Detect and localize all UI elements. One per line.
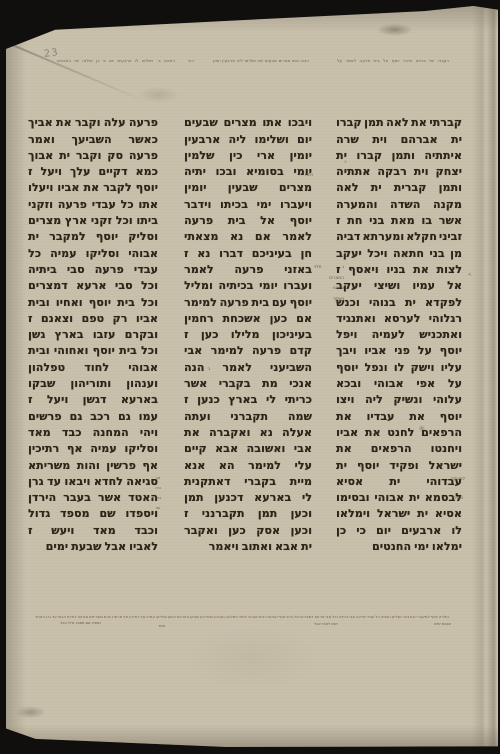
manuscript-text-line: יתאברהםויתשרה [336, 129, 462, 145]
manuscript-text-line: ואתכנישלעמיהויפל [336, 325, 462, 341]
manuscript-text-line: כריתיליבארץכנעןז [184, 390, 312, 406]
manuscript-text-line: חןבעיניכםדברונאז [184, 243, 312, 259]
manuscript-text-line: וסליקועמיהאףרתיכין [28, 439, 158, 455]
manuscript-text-line: וסליקיוסףלמקברית [28, 227, 158, 243]
manuscript-text-line: עליווישקלוונפליוסף [336, 357, 462, 373]
manuscript-text-line: וכבדמאדויעשז [28, 520, 158, 536]
manuscript-text-line: וכלביתיוסףואחוהיובית [28, 341, 158, 357]
manuscript-text-line: מצריםשבעיןיומין [184, 178, 312, 194]
masorah-parva-note: ובסימו [441, 495, 463, 500]
manuscript-text-line: יוסףאתעבדיואת [336, 406, 462, 422]
manuscript-text-line: בעיניכוןמלילוכעןז [184, 325, 312, 341]
manuscript-text-line: ביתווכלזקניארץמצרים [28, 211, 158, 227]
masorah-magna-bottom-fragment: מאד [145, 624, 165, 628]
manuscript-text-line: אבוהיוסליקועמיהכל [28, 243, 158, 259]
manuscript-text-line: פרעהסקוקבריתאבוך [28, 146, 158, 162]
manuscript-text-line: יצחקויתרבקהאתתיה [336, 162, 462, 178]
manuscript-text-line: ויחנטוב׳וימלאולוארבעיםיוםכיכןימלאוימיהחנ… [57, 56, 175, 63]
masorah-parva-note: ב [202, 366, 210, 371]
manuscript-text-line: פרעהעלהוקבראתאביך [28, 113, 158, 129]
manuscript-text-line: יוסףעםביתפרעהלמימר [184, 292, 312, 308]
manuscript-text-line: מקנההשדהוהמערה [336, 194, 462, 210]
photograph-background: { "colors":{ "parchment":"#c8c0ab", "ink… [0, 0, 500, 754]
manuscript-text-line: לוארבעיםיוםכיכן [336, 520, 462, 536]
manuscript-text-line: המצרים [314, 270, 344, 281]
manuscript-text-line: יוסףאלביתפרעה [184, 211, 312, 227]
masorah-magna-top-segment: ויהי [180, 56, 194, 64]
manuscript-text-line: אבוהילחודטפלהון [28, 357, 158, 373]
manuscript-text-line: ויעברוימיבכיתווידבר [184, 194, 312, 210]
masorah-parva-note: ויי [459, 272, 471, 277]
masorah-magna-top-segment: ויעברוימיבכיתווידבריוסףאלביתפרעהלאמרעל [337, 56, 449, 64]
manuscript-text-line: ויאסף [314, 291, 344, 302]
manuscript-text-line: באר [152, 490, 164, 500]
manuscript-text-line: ויבכואתומצריםשבעיםיוםושלימוליהארבעיןיומי… [213, 56, 309, 63]
manuscript-text-line: יוסףעלפניאביוויבך [336, 341, 462, 357]
manuscript-text-line: ויהי [180, 56, 194, 63]
manuscript-text-line: עמוגםרכבגםפרשים [28, 406, 158, 422]
masorah-parva-note: למיבסם [441, 476, 465, 481]
text-column-third: פרעהעלהוקבראתאביךכאשרהשביעךואמרפרעהסקוקב… [28, 113, 158, 553]
masorah-magna-top-segment: ויחנטוב׳וימלאולוארבעיםיוםכיכןימלאוימיהחנ… [57, 56, 175, 64]
manuscript-text-line: הרפאיםלחנטאתאביו [336, 423, 462, 439]
masorah-parva-note: וימרו [289, 172, 313, 177]
manuscript-text-line: עלוהיונשיקליהויצו [336, 390, 462, 406]
manuscript-text-line: לפקדאיתבנוהיוכנש [336, 292, 462, 308]
manuscript-text-line: לאביואבלשבעתימים [28, 537, 158, 553]
parchment-crease [7, 42, 146, 102]
manuscript-text-line: קברתיאתלאהתמןקברו [336, 113, 462, 129]
manuscript-text-line: וכעןאסקכעןואקבר [184, 520, 312, 536]
manuscript-text-line: אביואשובהאבאקיים [184, 439, 312, 455]
manuscript-text-line: שמהתקברניועתה [184, 406, 312, 422]
manuscript-text-line: קב [152, 470, 164, 480]
manuscript-text-line: ויחנטו [314, 281, 344, 292]
manuscript-text-line: יוםושלימוליהארבעין [184, 129, 312, 145]
manuscript-text-line: אםכעןאשכחתרחמין [184, 309, 312, 325]
masorah-magna-bottom-line: וסליקיוסףלמקבריתאבוהיוסליקועמיהכלעבדיפרע… [35, 612, 449, 619]
manuscript-text-line: כמאדקייםעלךויעלז [28, 162, 158, 178]
manuscript-text-line: רגלוהילערסאואתנגיד [336, 309, 462, 325]
masorah-magna-bottom-fragment: ויספדו שם מספד גדול וכבד [33, 621, 101, 625]
manuscript-text-line: ימלאוימיהחנטים [336, 537, 462, 553]
manuscript-text-line: ורה [152, 480, 164, 490]
manuscript-text-line: אעלהנאואקברהאת [184, 423, 312, 439]
manuscript-text-line: לאמראםנאמצאתי [184, 227, 312, 243]
manuscript-text-line: ויהיהמחנהכבדמאד [28, 423, 158, 439]
manuscript-text-line: אתוכלעבדיפרעהוזקני [28, 194, 158, 210]
manuscript-text-line: ויחנטוהרפאיםאת [336, 439, 462, 455]
manuscript-text-line: ליבארעאדכנעןתמן [184, 488, 312, 504]
manuscript-text-line: יתאבאואתובויאמר [184, 537, 312, 553]
manuscript-text-line: עא [152, 500, 164, 510]
manuscript-text-line: ויספדושםמספדגדול [28, 504, 158, 520]
manuscript-text-line: אלעמיוושיצייעקב [336, 276, 462, 292]
manuscript-text-line: גתלוי [314, 259, 344, 270]
manuscript-text-line: וסליקיוסףלמקבריתאבוהיוסליקועמיהכלעבדיפרע… [35, 612, 449, 619]
manuscript-text-line: אסיאיתישראלוימלאו [336, 504, 462, 520]
manuscript-text-line: יוסףלקבראתאביוויעלו [28, 178, 158, 194]
manuscript-text-line: כאשרהשביעךואמר [28, 129, 158, 145]
manuscript-text-line: וכלסביארעאדמצרים [28, 276, 158, 292]
manuscript-text-line: ישראלופקידיוסףית [336, 455, 462, 471]
manuscript-text-line: בארעאדגשןויעלז [28, 390, 158, 406]
text-column-first: קברתיאתלאהתמןקברויתאברהםויתשרהאיתתיהותמן… [336, 113, 462, 553]
manuscript-text-line: ויעברוימיבכיתווידבריוסףאלביתפרעהלאמרעל [337, 56, 449, 63]
manuscript-text-line: אףפרשיןוהותמשריתא [28, 455, 158, 471]
manuscript-text-line: וכעןתמןתקברנניז [184, 504, 312, 520]
masorah-parva-note: גתלויהמצריםויחנטוויאסף [314, 259, 344, 302]
manuscript-text-line: איתתיהותמןקברוית [336, 146, 462, 162]
masorah-parva-note: קבורהבארעא [152, 470, 164, 510]
manuscript-text-line: מייתבקברידאתקנית [184, 472, 312, 488]
masorah-magna-top-segment: ויבכואתומצריםשבעיםיוםושלימוליהארבעיןיומי… [213, 56, 309, 64]
manuscript-text-line: האטדאשרבעברהירדן [28, 488, 158, 504]
manuscript-text-line: ובקרםעזבובארץגשן [28, 325, 158, 341]
manuscript-text-line: מןבניחתאהויכליעקב [336, 243, 462, 259]
manuscript-text-line: אשרבומאתבניחתז [336, 211, 462, 227]
manuscript-text-line: עבדיפרעהסביביתיה [28, 260, 158, 276]
manuscript-text-line: זביניחקלאומערתאדביה [336, 227, 462, 243]
manuscript-text-line: עלילמימרהאאנא [184, 455, 312, 471]
parchment-leaf: 23 ויחנטוב׳וימלאולוארבעיםיוםכיכןימלאוימי… [6, 6, 498, 747]
manuscript-text-line: עלאפיאבוהיובכא [336, 374, 462, 390]
manuscript-text-line: סגיאהלחדאויבאועדגרן [28, 472, 158, 488]
masorah-magna-bottom-fragment: שבעת ימים [385, 622, 451, 626]
manuscript-text-line: יומיןאריכיןשלמין [184, 146, 312, 162]
manuscript-text-line: ויבכואתומצריםשבעים [184, 113, 312, 129]
masorah-magna-bottom-fragment: ויעש לאביו אבל [290, 622, 338, 626]
manuscript-text-line: באזניפרעהלאמר [184, 260, 312, 276]
manuscript-text-line: וכלביתיוסףואחיוובית [28, 292, 158, 308]
manuscript-text-line: ועברויומיבכיתיהומליל [184, 276, 312, 292]
manuscript-text-line: וענהוןותוריהוןשבקו [28, 374, 158, 390]
manuscript-text-line: אביורקטפםוצאנםז [28, 309, 158, 325]
manuscript-text-line: אנכימתבקבריאשר [184, 374, 312, 390]
manuscript-text-line: לצותאתבניוויאסףז [336, 260, 462, 276]
manuscript-text-line: קדםפרעהלמימראבי [184, 341, 312, 357]
manuscript-text-line: ותמןקבריתיתלאה [336, 178, 462, 194]
text-column-second: ויבכואתומצריםשבעיםיוםושלימוליהארבעיןיומי… [184, 113, 312, 553]
